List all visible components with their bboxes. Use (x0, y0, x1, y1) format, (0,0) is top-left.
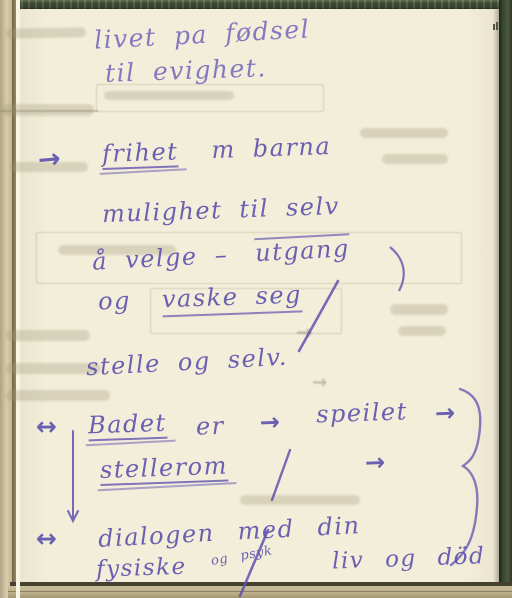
page-edge-highlight (16, 0, 20, 598)
corner-mark (496, 22, 498, 30)
page-stack-edge-left (0, 0, 12, 598)
underlined-word: frihet (102, 139, 179, 170)
arrow-right-icon: → (37, 145, 63, 174)
word: og (98, 286, 132, 315)
bleed-through-mark (360, 128, 448, 138)
arrow-both-icon: ↔ (36, 414, 58, 439)
bleed-through-mark (6, 27, 86, 38)
bleed-through-mark (6, 330, 90, 341)
notebook-photo: → → livet pa fødsel til evighet. → frihe… (0, 0, 512, 598)
handwriting-line-6: og vaske seg (98, 282, 303, 313)
arrow-right-icon: → (364, 448, 387, 477)
bleed-through-mark (382, 154, 448, 164)
word: liv og död (332, 543, 486, 574)
bleed-through-mark (240, 495, 360, 505)
corner-mark (493, 24, 495, 30)
arrow-both-icon: ↔ (36, 526, 58, 551)
underlined-word: vaske seg (161, 280, 302, 317)
bleed-through-strike (0, 110, 98, 112)
arrow-right-icon: → (259, 408, 282, 437)
word: er (195, 412, 225, 441)
bleed-through-arrow-icon: → (312, 372, 327, 393)
bleed-through-mark (6, 390, 110, 401)
underlined-word: Badet (88, 411, 168, 442)
word: speilet (316, 397, 409, 428)
overlined-word: utgang (254, 233, 350, 265)
underlined-word: stellerom (100, 454, 229, 486)
bleed-through-arrow-icon: → (296, 320, 313, 344)
book-cover-edge-top (0, 0, 512, 9)
word: til evighet. (105, 53, 268, 88)
arrow-right-icon: → (434, 399, 457, 428)
word: m barna (211, 132, 332, 164)
page-shadow (492, 6, 499, 598)
bleed-through-mark (390, 304, 448, 315)
bleed-through-mark (104, 91, 234, 100)
book-cover-edge-right (499, 0, 512, 598)
word: fysiske (96, 554, 187, 583)
handwriting-line-2: til evighet. (105, 55, 268, 86)
page-stack-edge-bottom (8, 586, 512, 598)
bleed-through-mark (398, 326, 446, 336)
